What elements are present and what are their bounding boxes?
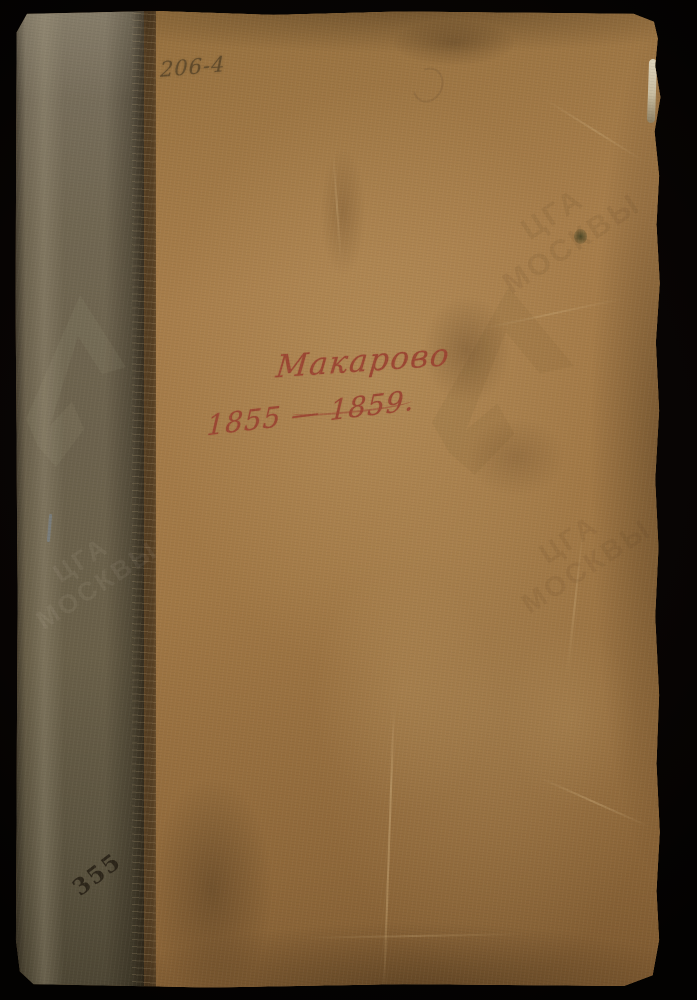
cover-board (156, 9, 663, 989)
photo-stage: ЦГА МОСКВЫ ЦГА МОСКВЫ ЦГА МОСКВЫ 206-4 М… (0, 0, 697, 1000)
book-spine (14, 9, 144, 989)
spine-top-sheen (14, 9, 144, 99)
spine-highlight (28, 9, 64, 989)
book-cover: ЦГА МОСКВЫ ЦГА МОСКВЫ ЦГА МОСКВЫ 206-4 М… (14, 9, 663, 989)
